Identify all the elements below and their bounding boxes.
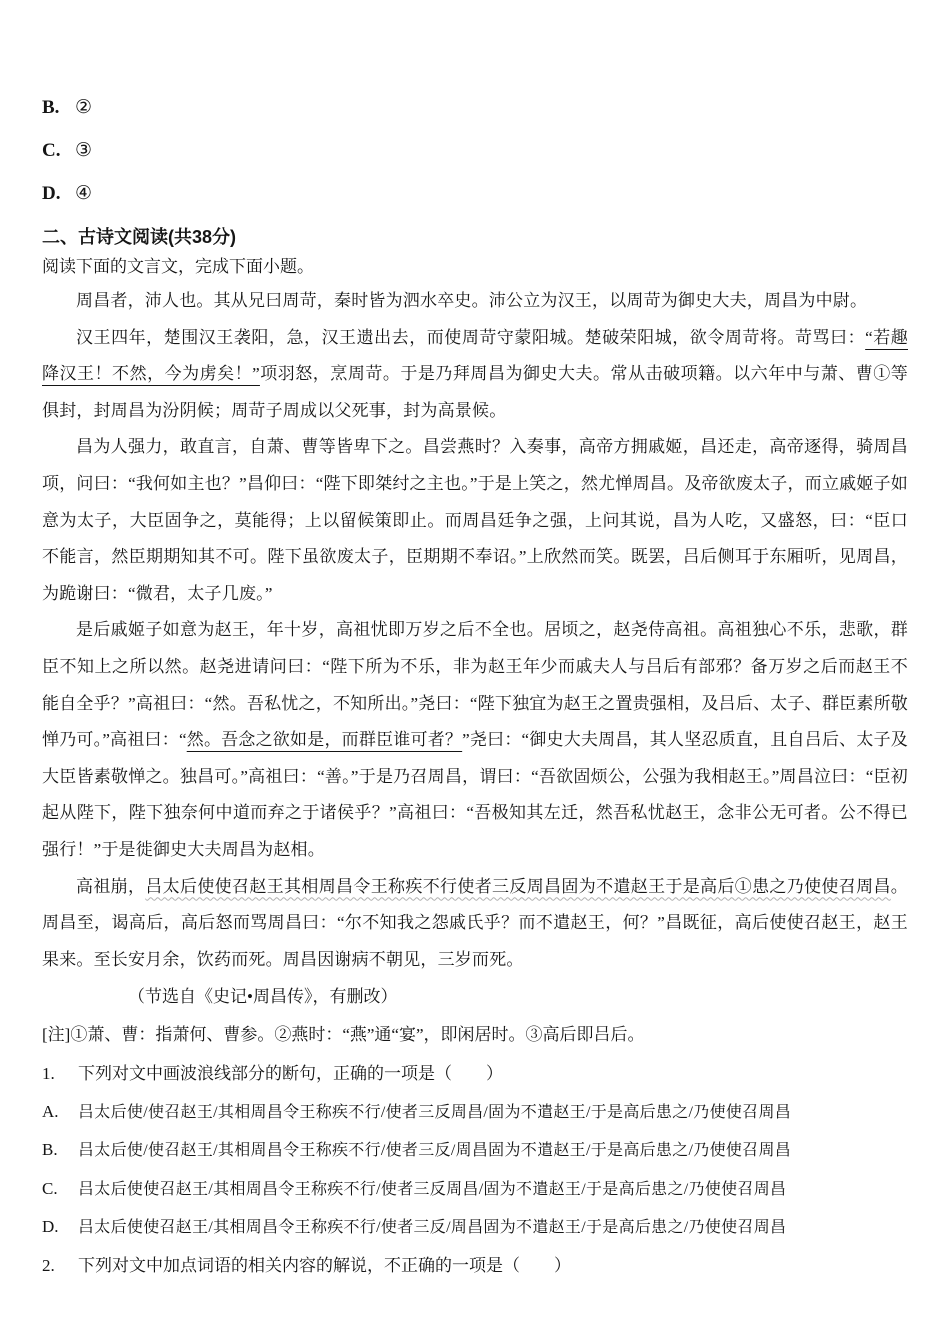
option-label: B. <box>42 1131 78 1169</box>
option-text: 吕太后使使召赵王/其相周昌令王称疾不行/使者三反周昌/固为不遣赵王/于是高后患之… <box>78 1171 786 1209</box>
passage-text: 汉王四年，楚围汉王袭阳，急，汉王遗出去，而使周苛守蒙阳城。楚破荣阳城，欲令周苛将… <box>76 328 865 347</box>
passage-text: 周昌者，沛人也。其从兄曰周苛，秦时皆为泗水卒史。沛公立为汉王，以周苛为御史大夫，… <box>76 291 867 310</box>
option-label: D. <box>42 183 75 205</box>
option-text: 吕太后使/使召赵王/其相周昌令王称疾不行/使者三反/周昌固为不遣赵王/于是高后患… <box>78 1132 791 1170</box>
answer-option-row: C.③ <box>42 139 908 165</box>
passage-text: ”尧曰：“御史大夫周昌，其人坚忍质直，且自吕后、太子及大臣皆素敬惮之。独昌可。”… <box>42 730 908 859</box>
passage-paragraph: 高祖崩，吕太后使使召赵王其相周昌令王称疾不行使者三反周昌固为不遣赵王于是高后①患… <box>42 869 908 979</box>
option-text: 吕太后使/使召赵王/其相周昌令王称疾不行/使者三反周昌/固为不遣赵王/于是高后患… <box>78 1094 791 1132</box>
question-option: B.吕太后使/使召赵王/其相周昌令王称疾不行/使者三反/周昌固为不遣赵王/于是高… <box>42 1131 908 1170</box>
note-line: [注]①萧、曹：指萧何、曹参。②燕时：“燕”通“宴”，即闲居时。③高后即吕后。 <box>42 1015 908 1054</box>
question-number: 2. <box>42 1247 78 1285</box>
passage-paragraph: 周昌者，沛人也。其从兄曰周苛，秦时皆为泗水卒史。沛公立为汉王，以周苛为御史大夫，… <box>42 283 908 320</box>
question-stem: 2.下列对文中加点词语的相关内容的解说，不正确的一项是（ ） <box>42 1247 908 1285</box>
question-option: A.吕太后使/使召赵王/其相周昌令王称疾不行/使者三反周昌/固为不遣赵王/于是高… <box>42 1093 908 1132</box>
question-option: D.吕太后使使召赵王/其相周昌令王称疾不行/使者三反/周昌固为不遣赵王/于是高后… <box>42 1208 908 1247</box>
option-value: ③ <box>75 139 92 161</box>
source-line: （节选自《史记•周昌传》，有删改） <box>42 978 908 1015</box>
wavy-underlined-passage-text: 吕太后使使召赵王其相周昌令王称疾不行使者三反周昌固为不遣赵王于是高后①患之乃使使… <box>145 877 890 896</box>
option-label: C. <box>42 1170 78 1208</box>
passage-intro: 阅读下面的文言文，完成下面小题。 <box>42 255 908 279</box>
option-text: 吕太后使使召赵王/其相周昌令王称疾不行/使者三反/周昌固为不遣赵王/于是高后患之… <box>78 1209 786 1247</box>
passage-paragraph: 是后戚姬子如意为赵王，年十岁，高祖忧即万岁之后不全也。居顷之，赵尧侍高祖。高祖独… <box>42 612 908 868</box>
question-text: 下列对文中加点词语的相关内容的解说，不正确的一项是（ ） <box>78 1247 571 1285</box>
passage: 周昌者，沛人也。其从兄曰周苛，秦时皆为泗水卒史。沛公立为汉王，以周苛为御史大夫，… <box>42 283 908 978</box>
option-label: D. <box>42 1208 78 1246</box>
question-text: 下列对文中画波浪线部分的断句，正确的一项是（ ） <box>78 1055 503 1093</box>
section-header: 二、古诗文阅读(共38分) <box>42 225 908 249</box>
question-option: C.吕太后使使召赵王/其相周昌令王称疾不行/使者三反周昌/固为不遣赵王/于是高后… <box>42 1170 908 1209</box>
passage-paragraph: 昌为人强力，敢直言，自萧、曹等皆卑下之。昌尝燕时？入奏事，高帝方拥戚姬，昌还走，… <box>42 429 908 612</box>
prior-options-list: B.②C.③D.④ <box>42 96 908 208</box>
option-value: ② <box>75 96 92 118</box>
option-value: ④ <box>75 182 92 204</box>
underlined-passage-text: 然。吾念之欲如是，而群臣谁可者？ <box>187 730 462 749</box>
exam-document-page: B.②C.③D.④ 二、古诗文阅读(共38分) 阅读下面的文言文，完成下面小题。… <box>0 0 950 1344</box>
answer-option-row: D.④ <box>42 182 908 208</box>
passage-text: 昌为人强力，敢直言，自萧、曹等皆卑下之。昌尝燕时？入奏事，高帝方拥戚姬，昌还走，… <box>42 437 908 602</box>
question-stem: 1.下列对文中画波浪线部分的断句，正确的一项是（ ） <box>42 1055 908 1093</box>
answer-option-row: B.② <box>42 96 908 122</box>
option-label: B. <box>42 97 75 119</box>
option-label: C. <box>42 140 75 162</box>
option-label: A. <box>42 1093 78 1131</box>
questions: 1.下列对文中画波浪线部分的断句，正确的一项是（ ）A.吕太后使/使召赵王/其相… <box>42 1055 908 1284</box>
passage-text: 高祖崩， <box>76 877 145 896</box>
passage-paragraph: 汉王四年，楚围汉王袭阳，急，汉王遗出去，而使周苛守蒙阳城。楚破荣阳城，欲令周苛将… <box>42 320 908 430</box>
question-number: 1. <box>42 1055 78 1093</box>
